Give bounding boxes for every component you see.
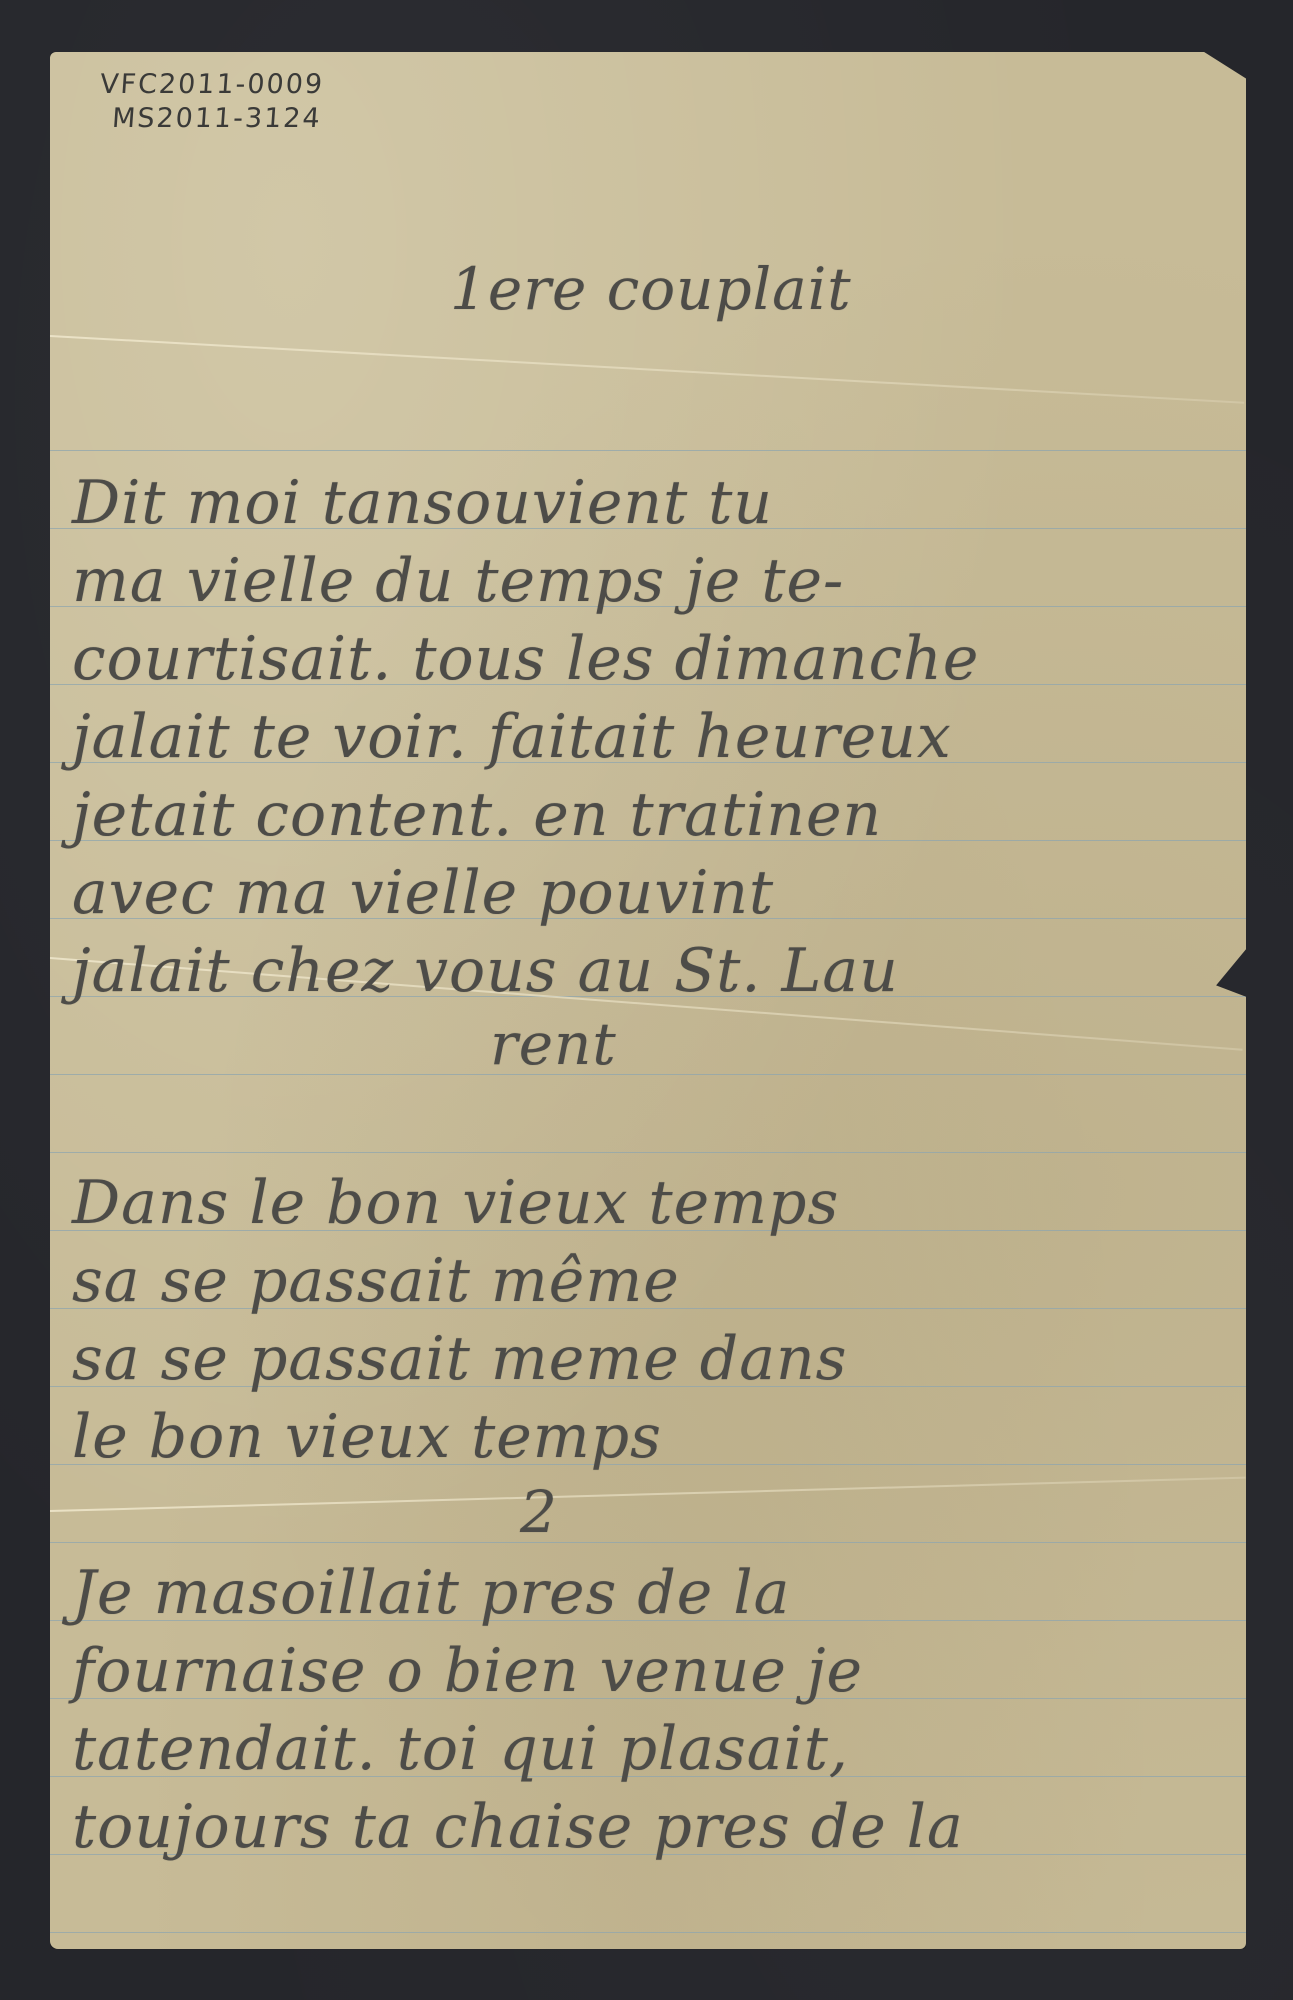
verse1-line: courtisait. tous les dimanche <box>72 624 979 694</box>
verse1-line: ma vielle du temps je te- <box>72 546 844 616</box>
verse1-line: Dit moi tansouvient tu <box>72 468 773 538</box>
refrain-line: Dans le bon vieux temps <box>72 1168 839 1238</box>
verse1-line: jalait te voir. faitait heureux <box>72 702 952 772</box>
ruled-line <box>50 1932 1246 1933</box>
ruled-line <box>50 450 1246 451</box>
catalog-numbers: VFC2011-0009 MS2011-3124 <box>100 68 324 136</box>
verse2-line: Je masoillait pres de la <box>72 1558 790 1628</box>
verse2-number: 2 <box>520 1478 558 1546</box>
verse1-line: avec ma vielle pouvint <box>72 858 774 928</box>
fold-crease <box>50 1477 1246 1512</box>
verse2-line: tatendait. toi qui plasait, <box>72 1714 849 1784</box>
catalog-number-ms: MS2011-3124 <box>111 102 325 136</box>
catalog-number-vfc: VFC2011-0009 <box>99 68 325 102</box>
refrain-line: sa se passait meme dans <box>72 1324 847 1394</box>
ruled-line <box>50 1152 1246 1153</box>
verse2-line: toujours ta chaise pres de la <box>72 1792 964 1862</box>
verse1-line: jalait chez vous au St. Lau <box>72 936 899 1006</box>
verse1-line: jetait content. en tratinen <box>72 780 882 850</box>
ruled-line <box>50 1542 1246 1543</box>
song-title: 1ere couplait <box>450 255 852 323</box>
refrain-line: sa se passait même <box>72 1246 680 1316</box>
verse1-continuation: rent <box>490 1010 617 1078</box>
refrain-line: le bon vieux temps <box>72 1402 662 1472</box>
verse2-line: fournaise o bien venue je <box>72 1636 863 1706</box>
ruled-line <box>50 1074 1246 1075</box>
fold-crease <box>50 335 1244 404</box>
